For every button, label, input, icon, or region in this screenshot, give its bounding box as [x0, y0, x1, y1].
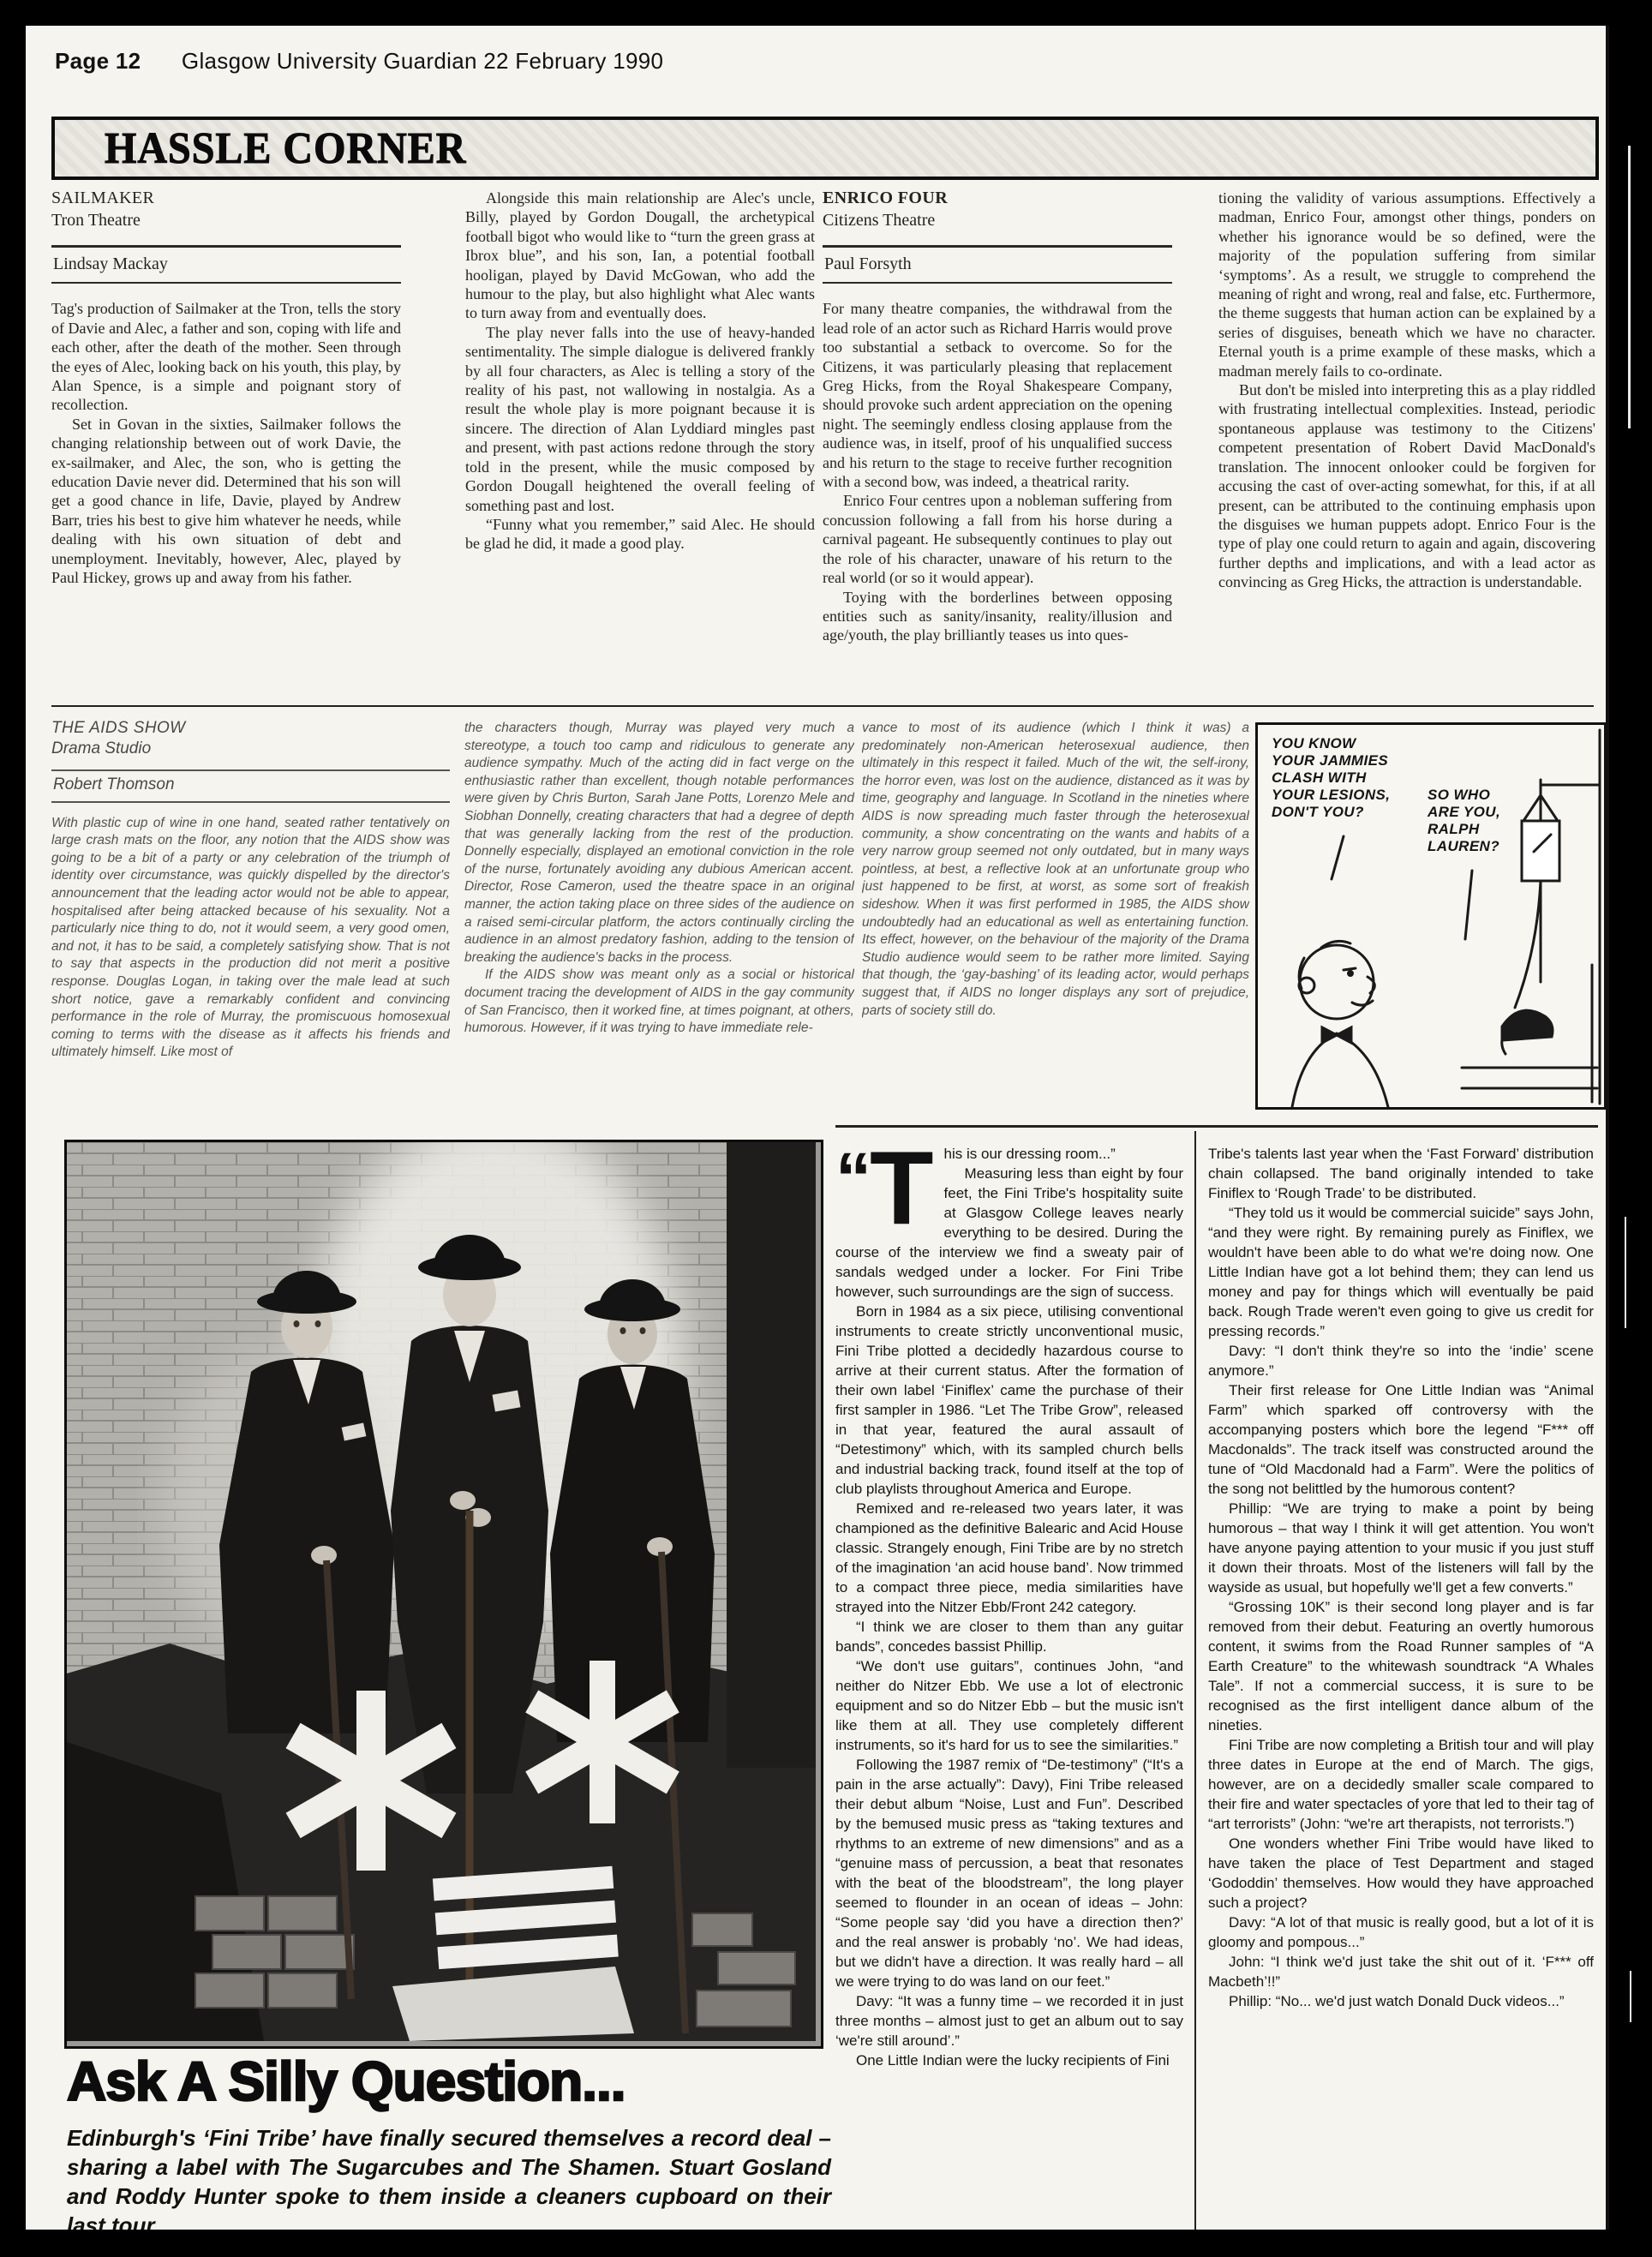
- aids-review-col-1: THE AIDS SHOW Drama Studio Robert Thomso…: [51, 718, 450, 1105]
- page-number: Page 12: [55, 48, 141, 74]
- paragraph: With plastic cup of wine in one hand, se…: [51, 815, 450, 1062]
- band-photo-illustration: [67, 1142, 816, 2041]
- article-body: Tribe's talents last year when the ‘Fast…: [1208, 1144, 1594, 2011]
- banner-title: HASSLE CORNER: [105, 123, 466, 173]
- page-header: Page 12 Glasgow University Guardian 22 F…: [55, 48, 663, 75]
- article-top-rule: [835, 1125, 1598, 1128]
- paragraph: Alongside this main relationship are Ale…: [465, 189, 815, 323]
- paragraph: Set in Govan in the sixties, Sailmaker f…: [51, 415, 401, 588]
- scan-artifact: [1628, 146, 1631, 428]
- paragraph: Tag's production of Sailmaker at the Tro…: [51, 299, 401, 414]
- sailmaker-review-col-1: SAILMAKER Tron Theatre Lindsay Mackay Ta…: [51, 187, 401, 701]
- review-title: THE AIDS SHOW: [51, 718, 450, 739]
- column-rule: [1194, 1131, 1196, 2230]
- paragraph: Phillip: “No... we'd just watch Donald D…: [1208, 1991, 1594, 2011]
- paragraph: “Grossing 10K” is their second long play…: [1208, 1597, 1594, 1735]
- drop-cap: T: [870, 1147, 934, 1229]
- paragraph: Following the 1987 remix of “De-testimon…: [835, 1755, 1183, 1991]
- scan-artifact: [1630, 1971, 1631, 2022]
- review-byline: Lindsay Mackay: [51, 248, 401, 282]
- speech-bubble-patient: SO WHO ARE YOU, RALPH LAUREN?: [1428, 787, 1547, 855]
- review-body: tioning the validity of various assumpti…: [1218, 189, 1595, 592]
- review-title: SAILMAKER: [51, 187, 401, 209]
- enrico-review-col-2: tioning the validity of various assumpti…: [1218, 189, 1595, 703]
- speech-bubble-doctor: YOU KNOW YOUR JAMMIES CLASH WITH YOUR LE…: [1272, 735, 1426, 821]
- newspaper-page: Page 12 Glasgow University Guardian 22 F…: [26, 26, 1609, 2230]
- paragraph: The play never falls into the use of hea…: [465, 323, 815, 515]
- aids-review-col-2: the characters though, Murray was played…: [464, 720, 854, 1107]
- enrico-review-col-1: ENRICO FOUR Citizens Theatre Paul Forsyt…: [823, 187, 1172, 701]
- review-body: For many theatre companies, the withdraw…: [823, 299, 1172, 644]
- divider: [51, 282, 401, 284]
- paragraph: Born in 1984 as a six piece, utilising c…: [835, 1302, 1183, 1499]
- paragraph: “Funny what you remember,” said Alec. He…: [465, 515, 815, 554]
- feature-headline: Ask A Silly Question...: [67, 2050, 625, 2113]
- paragraph: the characters though, Murray was played…: [464, 720, 854, 967]
- paragraph: Davy: “A lot of that music is really goo…: [1208, 1913, 1594, 1952]
- paragraph: One Little Indian were the lucky recipie…: [835, 2050, 1183, 2070]
- divider: [823, 282, 1172, 284]
- paragraph: Tribe's talents last year when the ‘Fast…: [1208, 1144, 1594, 1203]
- paragraph: But don't be misled into interpreting th…: [1218, 380, 1595, 591]
- sailmaker-review-col-2: Alongside this main relationship are Ale…: [465, 189, 815, 703]
- paragraph: Fini Tribe are now completing a British …: [1208, 1735, 1594, 1834]
- review-body: vance to most of its audience (which I t…: [862, 720, 1249, 1020]
- review-venue: Citizens Theatre: [823, 209, 1172, 231]
- paragraph: One wonders whether Fini Tribe would hav…: [1208, 1834, 1594, 1913]
- masthead: Glasgow University Guardian 22 February …: [182, 48, 663, 74]
- section-divider: [51, 705, 1594, 707]
- paragraph: “I think we are closer to them than any …: [835, 1617, 1183, 1656]
- feature-standfirst: Edinburgh's ‘Fini Tribe’ have finally se…: [67, 2123, 831, 2230]
- editorial-cartoon: YOU KNOW YOUR JAMMIES CLASH WITH YOUR LE…: [1255, 722, 1607, 1110]
- article-body: Measuring less than eight by four feet, …: [835, 1164, 1183, 2070]
- opening-quote-mark: “: [835, 1152, 868, 1204]
- paragraph: vance to most of its audience (which I t…: [862, 720, 1249, 1020]
- paragraph: Davy: “It was a funny time – we recorded…: [835, 1991, 1183, 2050]
- paragraph: Davy: “I don't think they're so into the…: [1208, 1341, 1594, 1380]
- paragraph: Remixed and re-released two years later,…: [835, 1499, 1183, 1617]
- paragraph: “We don't use guitars”, continues John, …: [835, 1656, 1183, 1755]
- review-body: Tag's production of Sailmaker at the Tro…: [51, 299, 401, 587]
- article-col-1: “ T his is our dressing room...” Measuri…: [835, 1144, 1183, 2230]
- paragraph: Phillip: “We are trying to make a point …: [1208, 1499, 1594, 1597]
- divider: [51, 801, 450, 803]
- paragraph: Enrico Four centres upon a nobleman suff…: [823, 491, 1172, 587]
- paragraph: tioning the validity of various assumpti…: [1218, 189, 1595, 380]
- paragraph: “They told us it would be commercial sui…: [1208, 1203, 1594, 1341]
- review-body: Alongside this main relationship are Ale…: [465, 189, 815, 554]
- paragraph: For many theatre companies, the withdraw…: [823, 299, 1172, 491]
- paragraph: If the AIDS show was meant only as a soc…: [464, 967, 854, 1037]
- review-body: With plastic cup of wine in one hand, se…: [51, 815, 450, 1062]
- review-venue: Tron Theatre: [51, 209, 401, 231]
- band-photo-fini-tribe: [64, 1140, 823, 2049]
- review-venue: Drama Studio: [51, 739, 450, 759]
- article-col-2: Tribe's talents last year when the ‘Fast…: [1208, 1144, 1594, 2230]
- aids-review-col-3: vance to most of its audience (which I t…: [862, 720, 1249, 1107]
- scan-artifact: [1625, 1217, 1626, 1328]
- review-byline: Paul Forsyth: [823, 248, 1172, 282]
- paragraph: Their first release for One Little India…: [1208, 1380, 1594, 1499]
- review-byline: Robert Thomson: [51, 771, 450, 801]
- section-banner: HASSLE CORNER: [51, 117, 1599, 180]
- review-title: ENRICO FOUR: [823, 187, 1172, 209]
- paragraph: John: “I think we'd just take the shit o…: [1208, 1952, 1594, 1991]
- review-body: the characters though, Murray was played…: [464, 720, 854, 1038]
- paragraph: Toying with the borderlines between oppo…: [823, 588, 1172, 645]
